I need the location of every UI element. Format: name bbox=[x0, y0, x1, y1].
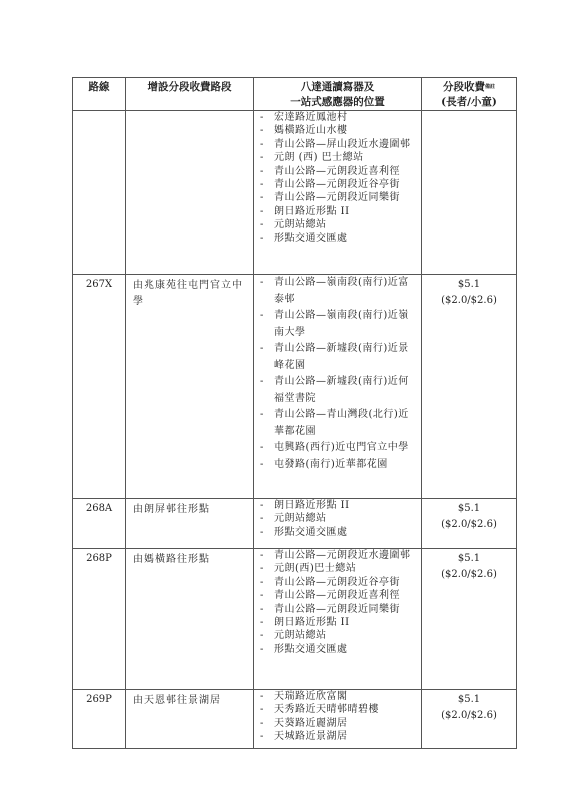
fare-cell: $5.1($2.0/$2.6) bbox=[422, 549, 517, 690]
fare-cell: $5.1($2.0/$2.6) bbox=[422, 499, 517, 549]
stop-item: 元朗 (西) 巴士總站 bbox=[254, 151, 421, 164]
stops-list: 青山公路—元朗段近水邊圍邨元朗(西)巴士總站青山公路—元朗段近谷亭街青山公路—元… bbox=[254, 549, 421, 657]
segment-cell bbox=[126, 111, 254, 275]
fare-cell: $5.1($2.0/$2.6) bbox=[422, 690, 517, 749]
fare-adult: $5.1 bbox=[422, 551, 516, 567]
stops-list: 宏達路近鳳池村媽橫路近山水樓青山公路—屏山段近水邊圍邨元朗 (西) 巴士總站青山… bbox=[254, 111, 421, 246]
route-cell: 268A bbox=[73, 499, 126, 549]
stops-cell: 青山公路—元朗段近水邊圍邨元朗(西)巴士總站青山公路—元朗段近谷亭街青山公路—元… bbox=[254, 549, 422, 690]
table-row: 268A由朗屏邨往形點朗日路近形點 II元朗站總站形點交通交匯處$5.1($2.… bbox=[73, 499, 517, 549]
stops-cell: 青山公路—嶺南段(南行)近富泰邨青山公路—嶺南段(南行)近嶺南大學青山公路—新墟… bbox=[254, 275, 422, 499]
stop-item: 青山公路—嶺南段(南行)近嶺南大學 bbox=[254, 308, 421, 341]
stop-item: 元朗站總站 bbox=[254, 218, 421, 231]
segment-cell: 由媽橫路往形點 bbox=[126, 549, 254, 690]
stop-item: 元朗站總站 bbox=[254, 629, 421, 642]
stop-item: 天城路近景湖居 bbox=[254, 730, 421, 743]
header-fare: 分段收費備註 (長者/小童) bbox=[422, 78, 517, 111]
route-cell bbox=[73, 111, 126, 275]
header-row: 路線 增設分段收費路段 八達通讀寫器及 一站式感應器的位置 分段收費備註 (長者… bbox=[73, 78, 517, 111]
route-cell: 269P bbox=[73, 690, 126, 749]
stop-item: 青山公路—元朗段近同樂街 bbox=[254, 603, 421, 616]
stops-list: 青山公路—嶺南段(南行)近富泰邨青山公路—嶺南段(南行)近嶺南大學青山公路—新墟… bbox=[254, 275, 421, 474]
stop-item: 屯興路(西行)近屯門官立中學 bbox=[254, 440, 421, 457]
segment-cell: 由朗屏邨往形點 bbox=[126, 499, 254, 549]
fare-note-marker: 備註 bbox=[485, 84, 495, 90]
stop-item: 天葵路近麗湖居 bbox=[254, 717, 421, 730]
header-reader-locations: 八達通讀寫器及 一站式感應器的位置 bbox=[254, 78, 422, 111]
fare-cell bbox=[422, 111, 517, 275]
stop-item: 青山公路—元朗段近谷亭街 bbox=[254, 576, 421, 589]
fare-cell: $5.1($2.0/$2.6) bbox=[422, 275, 517, 499]
stops-cell: 宏達路近鳳池村媽橫路近山水樓青山公路—屏山段近水邊圍邨元朗 (西) 巴士總站青山… bbox=[254, 111, 422, 275]
table-row: 268P由媽橫路往形點青山公路—元朗段近水邊圍邨元朗(西)巴士總站青山公路—元朗… bbox=[73, 549, 517, 690]
route-cell: 268P bbox=[73, 549, 126, 690]
fare-adult: $5.1 bbox=[422, 692, 516, 708]
stop-item: 青山公路—元朗段近水邊圍邨 bbox=[254, 549, 421, 562]
stops-cell: 天瑞路近欣富閣天秀路近天晴邨晴碧樓天葵路近麗湖居天城路近景湖居 bbox=[254, 690, 422, 749]
fare-concession: ($2.0/$2.6) bbox=[422, 293, 516, 309]
fare-adult: $5.1 bbox=[422, 277, 516, 293]
stop-item: 青山公路—新墟段(南行)近景峰花園 bbox=[254, 341, 421, 374]
table-row: 269P由天恩邨往景湖居天瑞路近欣富閣天秀路近天晴邨晴碧樓天葵路近麗湖居天城路近… bbox=[73, 690, 517, 749]
stops-list: 天瑞路近欣富閣天秀路近天晴邨晴碧樓天葵路近麗湖居天城路近景湖居 bbox=[254, 690, 421, 745]
stop-item: 朗日路近形點 II bbox=[254, 616, 421, 629]
fare-concession: ($2.0/$2.6) bbox=[422, 517, 516, 533]
stop-item: 形點交通交匯處 bbox=[254, 526, 421, 539]
stop-item: 元朗站總站 bbox=[254, 512, 421, 525]
stop-item: 青山公路—青山灣段(北行)近華都花園 bbox=[254, 407, 421, 440]
stop-item: 媽橫路近山水樓 bbox=[254, 124, 421, 137]
stop-item: 青山公路—元朗段近喜利徑 bbox=[254, 589, 421, 602]
stop-item: 天瑞路近欣富閣 bbox=[254, 690, 421, 703]
stop-item: 天秀路近天晴邨晴碧樓 bbox=[254, 703, 421, 716]
stop-item: 青山公路—屏山段近水邊圍邨 bbox=[254, 138, 421, 151]
header-route: 路線 bbox=[73, 78, 126, 111]
table-row: 267X由兆康苑往屯門官立中學青山公路—嶺南段(南行)近富泰邨青山公路—嶺南段(… bbox=[73, 275, 517, 499]
stop-item: 青山公路—新墟段(南行)近何福堂書院 bbox=[254, 374, 421, 407]
stop-item: 宏達路近鳳池村 bbox=[254, 111, 421, 124]
stop-item: 形點交通交匯處 bbox=[254, 643, 421, 656]
fare-table: 路線 增設分段收費路段 八達通讀寫器及 一站式感應器的位置 分段收費備註 (長者… bbox=[72, 77, 517, 749]
stop-item: 屯發路(南行)近華都花園 bbox=[254, 457, 421, 474]
stop-item: 青山公路—元朗段近同樂街 bbox=[254, 191, 421, 204]
fare-concession: ($2.0/$2.6) bbox=[422, 567, 516, 583]
stop-item: 元朗(西)巴士總站 bbox=[254, 562, 421, 575]
stop-item: 青山公路—元朗段近谷亭街 bbox=[254, 178, 421, 191]
fare-concession: ($2.0/$2.6) bbox=[422, 708, 516, 724]
stops-list: 朗日路近形點 II元朗站總站形點交通交匯處 bbox=[254, 499, 421, 540]
stop-item: 朗日路近形點 II bbox=[254, 205, 421, 218]
header-segment: 增設分段收費路段 bbox=[126, 78, 254, 111]
segment-cell: 由天恩邨往景湖居 bbox=[126, 690, 254, 749]
stops-cell: 朗日路近形點 II元朗站總站形點交通交匯處 bbox=[254, 499, 422, 549]
segment-cell: 由兆康苑往屯門官立中學 bbox=[126, 275, 254, 499]
stop-item: 青山公路—嶺南段(南行)近富泰邨 bbox=[254, 275, 421, 308]
stop-item: 青山公路—元朗段近喜利徑 bbox=[254, 165, 421, 178]
route-cell: 267X bbox=[73, 275, 126, 499]
table-row: 宏達路近鳳池村媽橫路近山水樓青山公路—屏山段近水邊圍邨元朗 (西) 巴士總站青山… bbox=[73, 111, 517, 275]
stop-item: 朗日路近形點 II bbox=[254, 499, 421, 512]
stop-item: 形點交通交匯處 bbox=[254, 232, 421, 245]
fare-adult: $5.1 bbox=[422, 501, 516, 517]
